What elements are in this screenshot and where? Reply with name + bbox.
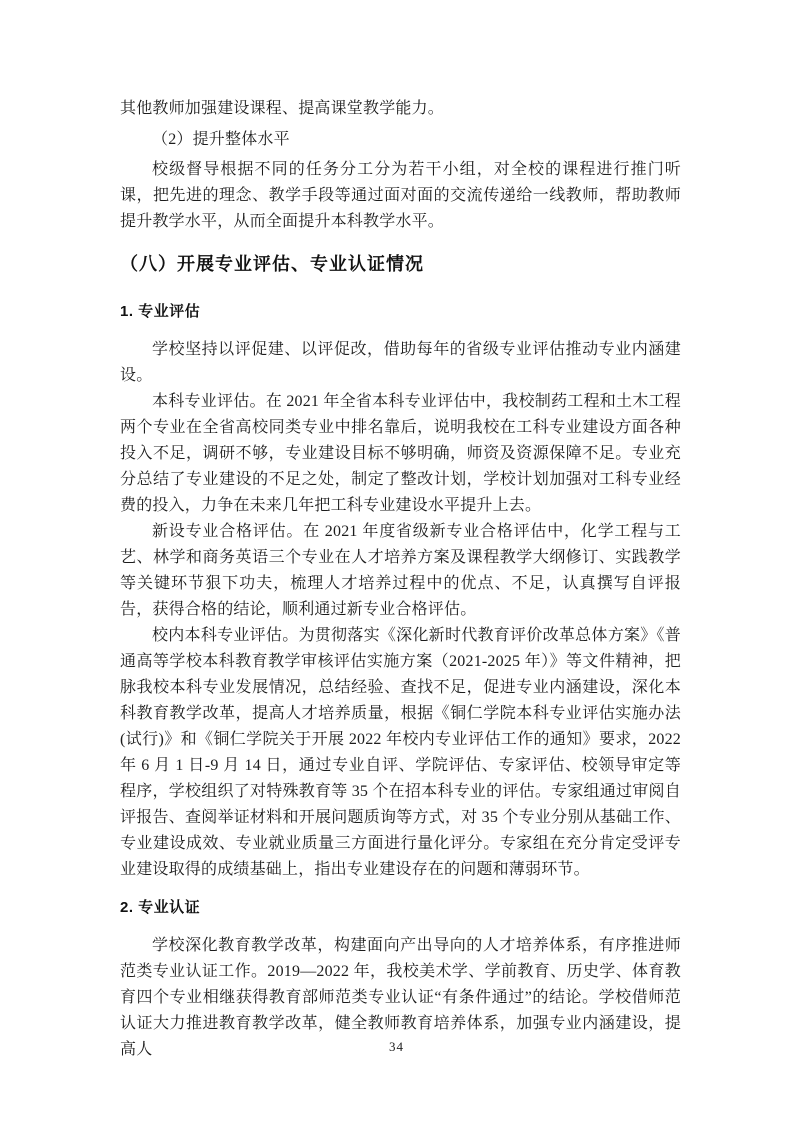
paragraph-new-major-eval: 新设专业合格评估。在 2021 年度省级新专业合格评估中，化学工程与工艺、林学和…	[120, 519, 681, 623]
paragraph-internal-eval: 校内本科专业评估。为贯彻落实《深化新时代教育评价改革总体方案》《普通高等学校本科…	[120, 623, 681, 883]
paragraph-continuation: 其他教师加强建设课程、提高课堂教学能力。	[120, 96, 681, 122]
paragraph-supervision: 校级督导根据不同的任务分工分为若干小组，对全校的课程进行推门听课，把先进的理念、…	[120, 157, 681, 235]
page-number: 34	[389, 1039, 404, 1054]
subsection-2-heading: 2. 专业认证	[120, 897, 681, 919]
paragraph-provincial-eval: 本科专业评估。在 2021 年全省本科专业评估中，我校制药工程和土木工程两个专业…	[120, 389, 681, 519]
subsection-1-heading: 1. 专业评估	[120, 301, 681, 323]
document-page: 其他教师加强建设课程、提高课堂教学能力。 （2）提升整体水平 校级督导根据不同的…	[0, 0, 793, 1122]
page-footer: 34	[0, 1038, 793, 1056]
list-item-2-heading: （2）提升整体水平	[120, 127, 681, 153]
page-body: 其他教师加强建设课程、提高课堂教学能力。 （2）提升整体水平 校级督导根据不同的…	[120, 96, 681, 1063]
section-8-heading: （八）开展专业评估、专业认证情况	[120, 251, 681, 277]
paragraph-eval-intro: 学校坚持以评促建、以评促改，借助每年的省级专业评估推动专业内涵建设。	[120, 337, 681, 389]
